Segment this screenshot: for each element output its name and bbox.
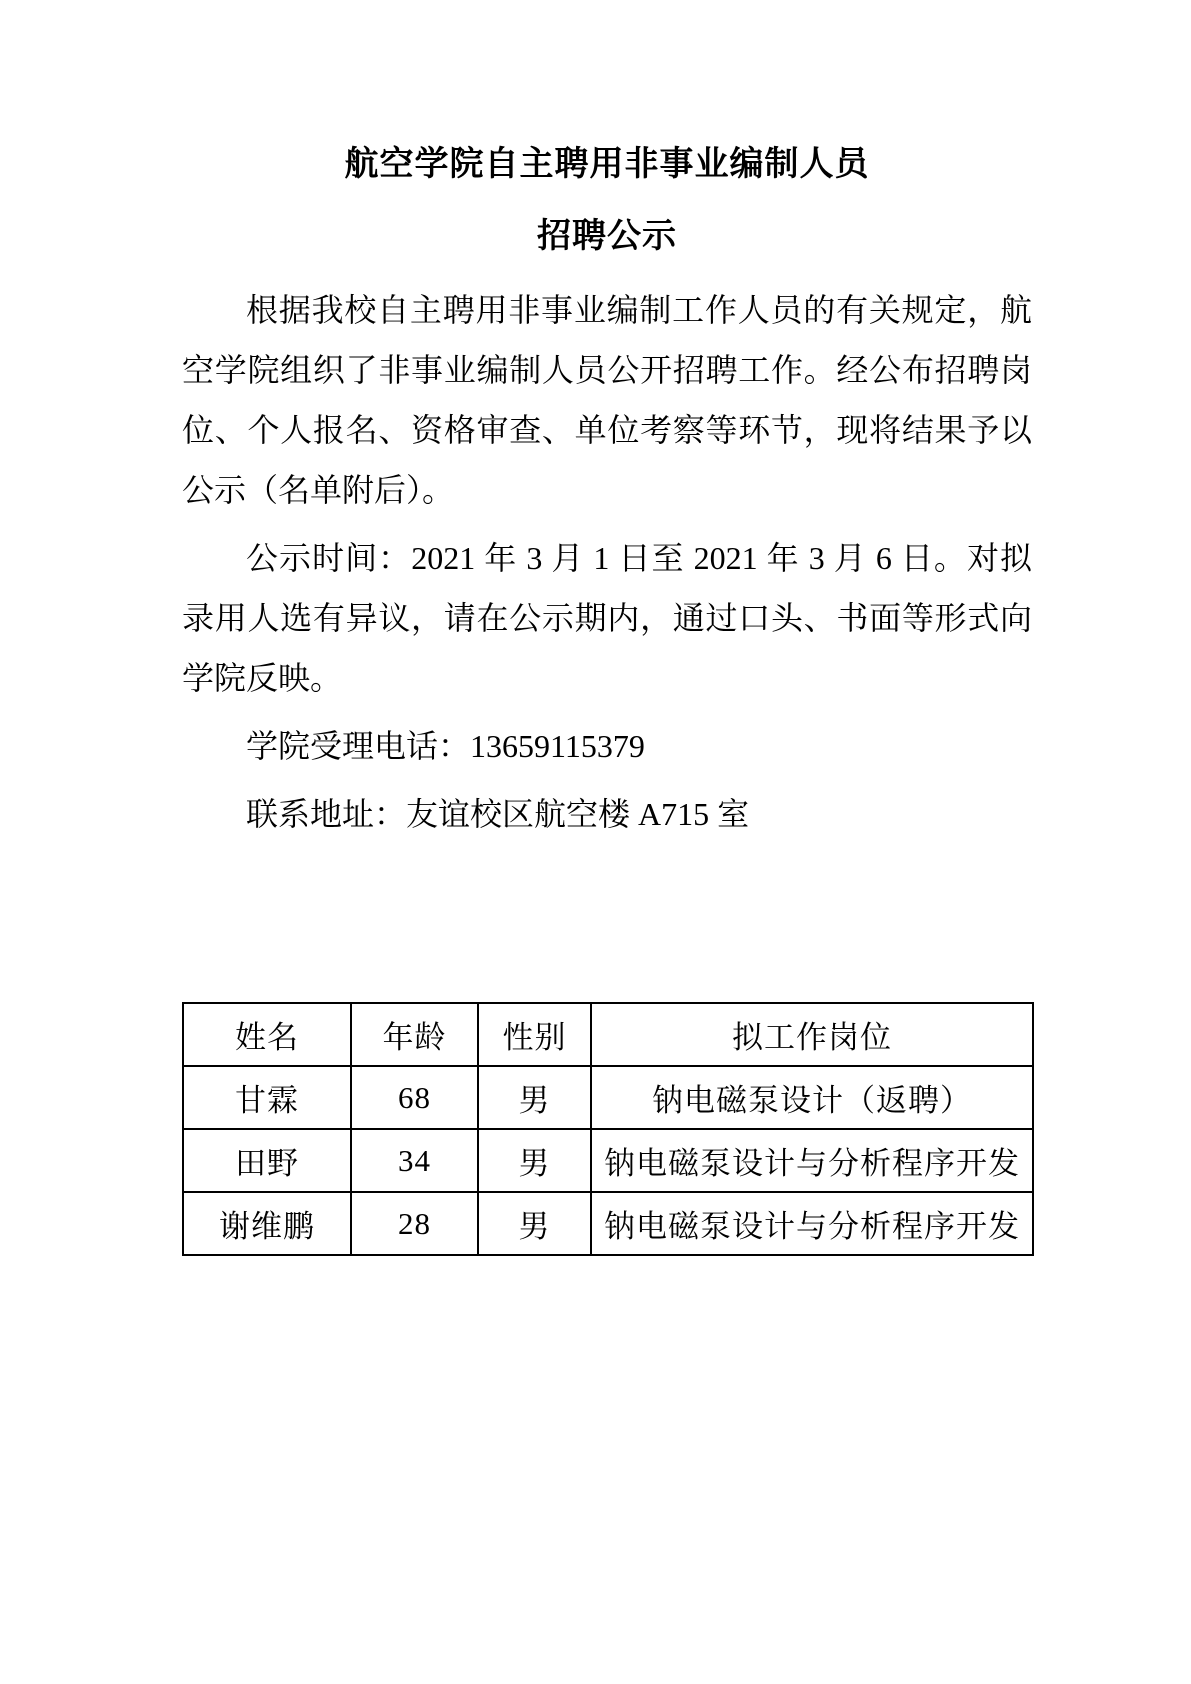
table-row: 田野 34 男 钠电磁泵设计与分析程序开发 xyxy=(183,1129,1033,1192)
column-header-gender: 性别 xyxy=(478,1003,591,1066)
column-header-position: 拟工作岗位 xyxy=(591,1003,1033,1066)
table-row: 甘霖 68 男 钠电磁泵设计（返聘） xyxy=(183,1066,1033,1129)
cell-position: 钠电磁泵设计与分析程序开发 xyxy=(591,1192,1033,1255)
cell-name: 甘霖 xyxy=(183,1066,351,1129)
candidates-table: 姓名 年龄 性别 拟工作岗位 甘霖 68 男 钠电磁泵设计（返聘） 田野 34 … xyxy=(182,1002,1034,1256)
document-page: 航空学院自主聘用非事业编制人员 招聘公示 根据我校自主聘用非事业编制工作人员的有… xyxy=(0,0,1191,1684)
cell-position: 钠电磁泵设计与分析程序开发 xyxy=(591,1129,1033,1192)
cell-position: 钠电磁泵设计（返聘） xyxy=(591,1066,1033,1129)
cell-age: 68 xyxy=(351,1066,478,1129)
cell-gender: 男 xyxy=(478,1129,591,1192)
paragraph-publicity-period: 公示时间：2021 年 3 月 1 日至 2021 年 3 月 6 日。对拟录用… xyxy=(182,528,1032,708)
table-header-row: 姓名 年龄 性别 拟工作岗位 xyxy=(183,1003,1033,1066)
column-header-name: 姓名 xyxy=(183,1003,351,1066)
cell-gender: 男 xyxy=(478,1066,591,1129)
column-header-age: 年龄 xyxy=(351,1003,478,1066)
cell-age: 34 xyxy=(351,1129,478,1192)
paragraph-contact-phone: 学院受理电话：13659115379 xyxy=(182,716,1032,776)
document-subtitle: 招聘公示 xyxy=(182,214,1032,260)
paragraph-contact-address: 联系地址：友谊校区航空楼 A715 室 xyxy=(182,784,1032,844)
paragraph-intro: 根据我校自主聘用非事业编制工作人员的有关规定，航空学院组织了非事业编制人员公开招… xyxy=(182,280,1032,520)
cell-name: 谢维鹏 xyxy=(183,1192,351,1255)
document-title: 航空学院自主聘用非事业编制人员 xyxy=(182,142,1032,188)
cell-gender: 男 xyxy=(478,1192,591,1255)
cell-age: 28 xyxy=(351,1192,478,1255)
cell-name: 田野 xyxy=(183,1129,351,1192)
table-row: 谢维鹏 28 男 钠电磁泵设计与分析程序开发 xyxy=(183,1192,1033,1255)
